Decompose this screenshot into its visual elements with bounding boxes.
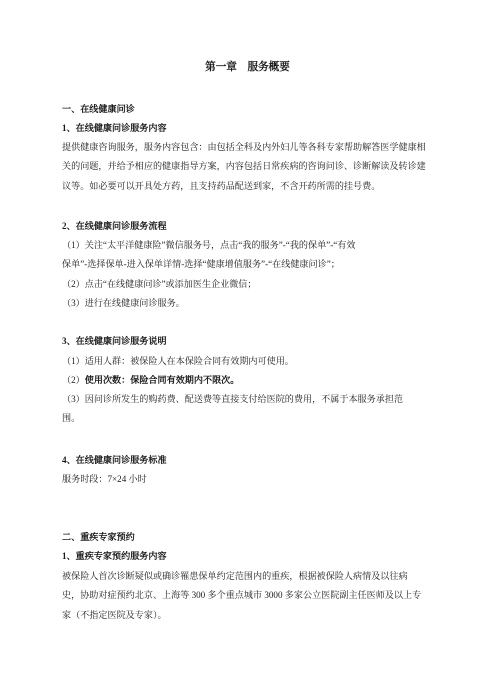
section-2-heading: 二、重疾专家预约 (62, 528, 437, 547)
document-page: 第一章 服务概要 一、在线健康问诊 1、在线健康问诊服务内容 提供健康咨询服务，… (0, 0, 495, 700)
item-bold-text: 使用次数：保险合同有效期内不限次。 (85, 375, 240, 385)
section-1-heading: 一、在线健康问诊 (62, 100, 437, 119)
section-1-sub-4-heading: 4、在线健康问诊服务标准 (62, 451, 437, 470)
section-1-sub-3-heading: 3、在线健康问诊服务说明 (62, 332, 437, 351)
section-1-sub-3-item-1: （1）适用人群：被保险人在本保险合同有效期内可使用。 (62, 352, 437, 371)
section-1-sub-4-service-hours: 服务时段：7×24 小时 (62, 470, 437, 489)
chapter-title: 第一章 服务概要 (0, 58, 495, 77)
section-2-sub-1-paragraph: 被保险人首次诊断疑似或确诊罹患保单约定范围内的重疾，根据被保险人病情及以往病 史… (62, 567, 437, 625)
section-1-sub-1-paragraph: 提供健康咨询服务，服务内容包含：由包括全科及内外妇儿等各科专家帮助解答医学健康相… (62, 138, 437, 196)
section-1-sub-1-heading: 1、在线健康问诊服务内容 (62, 119, 437, 138)
section-1-sub-3-item-2: （2）使用次数：保险合同有效期内不限次。 (62, 371, 437, 390)
item-number-prefix: （2） (62, 375, 85, 385)
section-1-sub-3-item-3: （3）因问诊所发生的购药费、配送费等直接支付给医院的费用，不属于本服务承担范 围… (62, 390, 437, 429)
section-2-sub-1-heading: 1、重疾专家预约服务内容 (62, 547, 437, 566)
section-1-sub-2-steps: （1）关注“太平洋健康险”微信服务号，点击“我的服务”-“我的保单”-“有效 保… (62, 236, 437, 313)
section-1-sub-2-heading: 2、在线健康问诊服务流程 (62, 217, 437, 236)
